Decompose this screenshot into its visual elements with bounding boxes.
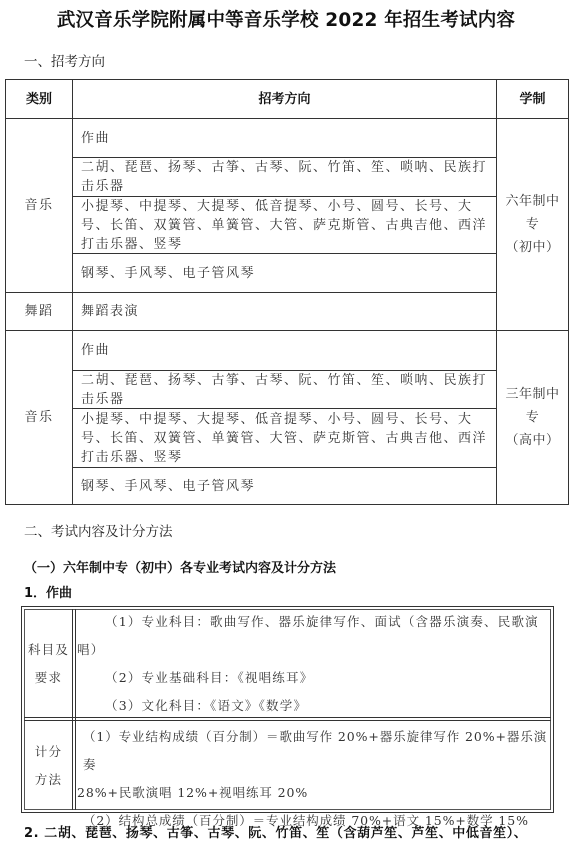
category-music-junior: 音乐 [6,119,72,292]
label-line: 计分 [35,738,62,766]
subheading-six-year: （一）六年制中专（初中）各专业考试内容及计分方法 [24,557,336,576]
subject-line: （3）文化科目：《语文》《数学》 [77,692,551,720]
row-label-subjects: 科目及 要求 [25,610,72,717]
header-direction: 招考方向 [73,80,496,118]
direction-row: 作曲 [73,331,496,370]
direction-row: 小提琴、中提琴、大提琴、低音提琴、小号、圆号、长号、大号、长笛、双簧管、单簧管、… [73,409,496,467]
system-line: （高中） [505,429,559,452]
subjects-content: （1）专业科目：歌曲写作、器乐旋律写作、面试（含器乐演奏、民歌演 唱） （2）专… [77,608,551,720]
page-title: 武汉音乐学院附属中等音乐学校 2022 年招生考试内容 [0,6,572,32]
category-music-senior: 音乐 [6,331,72,504]
header-system: 学制 [497,80,568,118]
scoring-line: （1）专业结构成绩（百分制）＝歌曲写作 20%+器乐旋律写作 20%+器乐演奏 [77,723,551,779]
subject-line: 唱） [77,636,551,664]
system-six-year: 六年制中 专 （初中） [497,119,568,330]
section-heading-admission-directions: 一、招考方向 [24,50,105,70]
direction-row: 钢琴、手风琴、电子管风琴 [73,468,496,504]
system-line: 专 [526,406,540,429]
category-dance: 舞蹈 [6,293,72,330]
header-category: 类别 [6,80,72,118]
direction-row: 二胡、琵琶、扬琴、古筝、古琴、阮、竹笛、笙、唢呐、民族打击乐器 [73,158,496,196]
direction-row: 钢琴、手风琴、电子管风琴 [73,254,496,292]
scoring-line: 28%+民歌演唱 12%+视唱练耳 20% [77,779,551,807]
label-line: 科目及 [28,636,69,664]
composition-exam-table: 科目及 要求 （1）专业科目：歌曲写作、器乐旋律写作、面试（含器乐演奏、民歌演 … [21,606,554,813]
item-heading-folk-instruments: 2. 二胡、琵琶、扬琴、古筝、古琴、阮、竹笛、笙（含葫芦笙、芦笙、中低音笙）、 [24,822,527,841]
item-heading-composition: 1．作曲 [24,582,72,601]
system-line: 专 [526,213,540,236]
direction-row: 作曲 [73,119,496,157]
direction-row: 舞蹈表演 [73,293,496,330]
system-line: 三年制中 [505,383,559,406]
subject-line: （1）专业科目：歌曲写作、器乐旋律写作、面试（含器乐演奏、民歌演 [77,608,551,636]
label-line: 要求 [35,664,62,692]
direction-row: 小提琴、中提琴、大提琴、低音提琴、小号、圆号、长号、大号、长笛、双簧管、单簧管、… [73,197,496,253]
system-three-year: 三年制中 专 （高中） [497,331,568,504]
admission-directions-table: 类别 招考方向 学制 音乐 作曲 二胡、琵琶、扬琴、古筝、古琴、阮、竹笛、笙、唢… [5,79,569,505]
scoring-content: （1）专业结构成绩（百分制）＝歌曲写作 20%+器乐旋律写作 20%+器乐演奏 … [77,723,551,835]
label-line: 方法 [35,766,62,794]
row-label-scoring: 计分 方法 [25,721,72,810]
direction-row: 二胡、琵琶、扬琴、古筝、古琴、阮、竹笛、笙、唢呐、民族打击乐器 [73,371,496,408]
section-heading-exam-content: 二、考试内容及计分方法 [24,520,173,540]
system-line: （初中） [505,236,559,259]
system-line: 六年制中 [505,190,559,213]
subject-line: （2）专业基础科目：《视唱练耳》 [77,664,551,692]
